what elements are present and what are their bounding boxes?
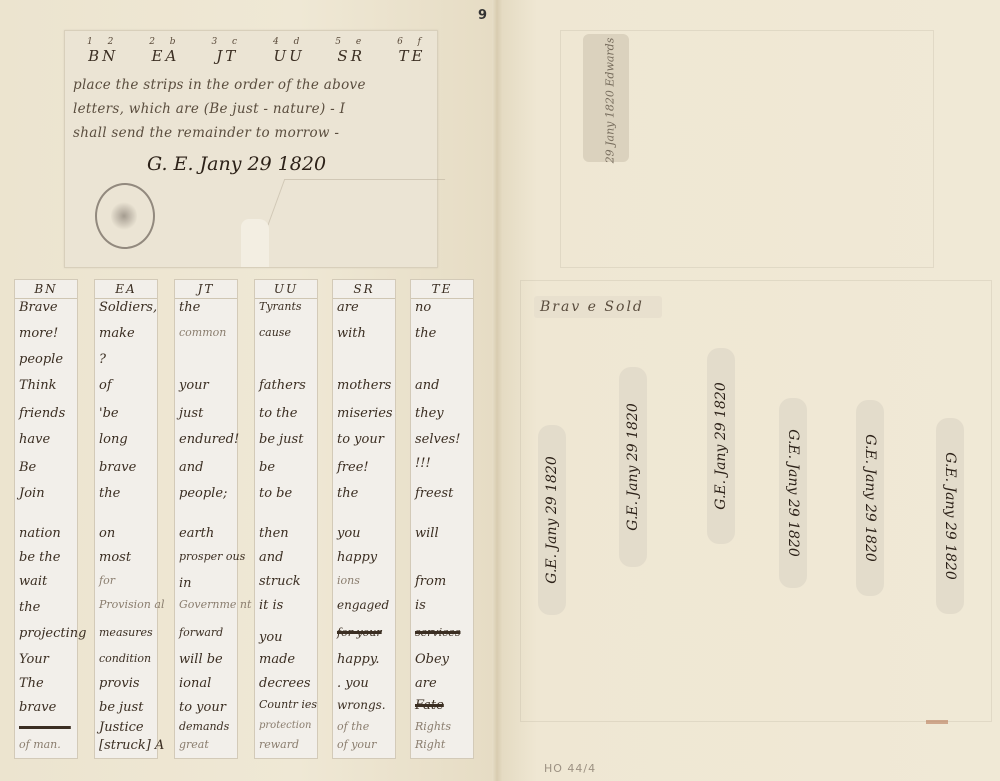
strip-word: of the bbox=[337, 720, 397, 733]
strip-word: more! bbox=[19, 326, 79, 341]
strip-word: most bbox=[99, 550, 159, 565]
strip-header: TE bbox=[411, 280, 473, 299]
strip-word: the bbox=[415, 326, 475, 341]
strip-header: SR bbox=[333, 280, 395, 299]
strip-word: no bbox=[415, 300, 475, 315]
strip-word: [struck] A bbox=[99, 738, 159, 753]
strip-word: to be bbox=[259, 486, 319, 501]
page-number: 9 bbox=[478, 8, 487, 23]
strip-word: of man. bbox=[19, 738, 79, 751]
date-strip-6: G.E. Jany 29 1820 bbox=[936, 418, 964, 614]
date-strip-2: G.E. Jany 29 1820 bbox=[619, 367, 647, 567]
book-gutter bbox=[492, 0, 502, 781]
strip-word: Countr ies bbox=[259, 698, 319, 711]
strip-word: your bbox=[179, 378, 239, 393]
strip-word-struck: Fate bbox=[415, 698, 475, 713]
strip-word: wait bbox=[19, 574, 79, 589]
strip-word: brave bbox=[99, 460, 159, 475]
strip-word: make bbox=[99, 326, 159, 341]
strip-header: UU bbox=[255, 280, 317, 299]
date-strip-3: G.E. Jany 29 1820 bbox=[707, 348, 735, 544]
strip-word: decrees bbox=[259, 676, 319, 691]
strip-word: you bbox=[259, 630, 319, 645]
strip-word: free! bbox=[337, 460, 397, 475]
strip-word: the bbox=[99, 486, 159, 501]
strip-word: to your bbox=[179, 700, 239, 715]
strip-word: reward bbox=[259, 738, 319, 751]
strip-word: be just bbox=[99, 700, 159, 715]
code-sr: 5 eSR bbox=[335, 37, 367, 65]
strip-word: and bbox=[415, 378, 475, 393]
strip-word: mothers bbox=[337, 378, 397, 393]
strip-word: then bbox=[259, 526, 319, 541]
strip-te: TE no the and they selves! !!! freest wi… bbox=[410, 279, 474, 759]
strip-word: of bbox=[99, 378, 159, 393]
date-strip-4: G.E. Jany 29 1820 bbox=[779, 398, 807, 588]
text-fragment: Brav e Sold bbox=[534, 296, 662, 318]
strip-word: protection bbox=[259, 720, 319, 731]
strip-word: Brave bbox=[19, 300, 79, 315]
strip-word: it is bbox=[259, 598, 319, 613]
strip-word: projecting bbox=[19, 626, 79, 641]
strip-word: Rights bbox=[415, 720, 475, 733]
ink-mark bbox=[926, 720, 948, 724]
strip-word: !!! bbox=[415, 456, 475, 471]
strip-word: 'be bbox=[99, 406, 159, 421]
strip-word: the bbox=[19, 600, 79, 615]
strip-word: people; bbox=[179, 486, 239, 501]
strip-word: are bbox=[415, 676, 475, 691]
strip-word: Justice bbox=[99, 720, 159, 735]
strip-word: Join bbox=[19, 486, 79, 501]
strip-uu: UU Tyrants cause fathers to the be just … bbox=[254, 279, 318, 759]
date-strip-1: G.E. Jany 29 1820 bbox=[538, 425, 566, 615]
strip-word: have bbox=[19, 432, 79, 447]
strip-word: will bbox=[415, 526, 475, 541]
strip-header: BN bbox=[15, 280, 77, 299]
code-ea: 2 bEA bbox=[149, 37, 181, 65]
strip-ea: EA Soldiers, make ? of 'be long brave th… bbox=[94, 279, 158, 759]
strip-word: ? bbox=[99, 352, 159, 367]
note-card: 1 2BN 2 bEA 3 cJT 4 dUU 5 eSR 6 fTE plac… bbox=[64, 30, 438, 268]
strip-word: common bbox=[179, 326, 239, 339]
strip-word-struck: services bbox=[415, 626, 475, 639]
strip-word: of your bbox=[337, 738, 397, 751]
signature: G. E. Jany 29 1820 bbox=[147, 153, 326, 175]
strip-word: fathers bbox=[259, 378, 319, 393]
strip-word: struck bbox=[259, 574, 319, 589]
strip-word: Think bbox=[19, 378, 79, 393]
strip-word: from bbox=[415, 574, 475, 589]
strip-sr: SR are with mothers miseries to your fre… bbox=[332, 279, 396, 759]
date-strip-5: G.E. Jany 29 1820 bbox=[856, 400, 884, 596]
note-line-2: letters, which are (Be just - nature) - … bbox=[73, 101, 345, 117]
code-uu: 4 dUU bbox=[273, 37, 305, 65]
strip-word: earth bbox=[179, 526, 239, 541]
strip-word: nation bbox=[19, 526, 79, 541]
strip-word: made bbox=[259, 652, 319, 667]
strip-word: forward bbox=[179, 626, 239, 639]
strip-word: great bbox=[179, 738, 239, 751]
strip-word: selves! bbox=[415, 432, 475, 447]
strip-header: EA bbox=[95, 280, 157, 299]
strip-word: happy. bbox=[337, 652, 397, 667]
strip-word: wrongs. bbox=[337, 698, 397, 712]
strip-word: they bbox=[415, 406, 475, 421]
strip-word: on bbox=[99, 526, 159, 541]
strip-word: freest bbox=[415, 486, 475, 501]
strip-word-struck: for your bbox=[337, 626, 397, 639]
strip-word: be bbox=[259, 460, 319, 475]
strip-word: cause bbox=[259, 326, 319, 339]
strip-word: ions bbox=[337, 574, 397, 587]
strip-word: ional bbox=[179, 676, 239, 691]
strip-word: and bbox=[259, 550, 319, 565]
strip-word: endured! bbox=[179, 432, 239, 447]
strip-word: to your bbox=[337, 432, 397, 447]
strip-word: demands bbox=[179, 720, 239, 733]
strip-word: Your bbox=[19, 652, 79, 667]
strip-word: for bbox=[99, 574, 159, 587]
strip-word: the bbox=[337, 486, 397, 501]
strip-word: Soldiers, bbox=[99, 300, 159, 315]
strip-word: brave bbox=[19, 700, 79, 715]
strip-word: you bbox=[337, 526, 397, 541]
catalog-number: HO 44/4 bbox=[544, 762, 596, 775]
strip-word: just bbox=[179, 406, 239, 421]
strip-word: Be bbox=[19, 460, 79, 475]
postal-stamp-icon bbox=[95, 183, 155, 249]
strip-word: The bbox=[19, 676, 79, 691]
strip-word: be the bbox=[19, 550, 79, 565]
strip-word: friends bbox=[19, 406, 79, 421]
strip-word: Tyrants bbox=[259, 300, 319, 313]
strip-word: people bbox=[19, 352, 79, 367]
strip-word: Obey bbox=[415, 652, 475, 667]
strip-word: is bbox=[415, 598, 475, 613]
strip-word: are bbox=[337, 300, 397, 315]
strip-word: prosper ous bbox=[179, 550, 239, 563]
note-line-1: place the strips in the order of the abo… bbox=[73, 77, 366, 93]
strip-word: engaged bbox=[337, 598, 397, 612]
strip-word: in bbox=[179, 576, 239, 591]
strip-word: . you bbox=[337, 676, 397, 691]
letter-codes: 1 2BN 2 bEA 3 cJT 4 dUU 5 eSR 6 fTE bbox=[87, 37, 427, 65]
note-line-3: shall send the remainder to morrow - bbox=[73, 125, 339, 141]
strip-header: JT bbox=[175, 280, 237, 299]
strip-word: measures bbox=[99, 626, 159, 639]
strip-word-struck: [struck] bbox=[19, 720, 79, 735]
paper-tear bbox=[241, 219, 269, 267]
strip-word: miseries bbox=[337, 406, 397, 421]
strip-bn: BN Brave more! people Think friends have… bbox=[14, 279, 78, 759]
strip-word: with bbox=[337, 326, 397, 341]
strip-word: be just bbox=[259, 432, 319, 447]
strip-word: will be bbox=[179, 652, 239, 667]
strip-word: happy bbox=[337, 550, 397, 565]
strip-jt: JT the common your just endured! and peo… bbox=[174, 279, 238, 759]
code-bn: 1 2BN bbox=[87, 37, 119, 65]
strip-word: Governme nt bbox=[179, 598, 239, 611]
code-te: 6 fTE bbox=[397, 37, 427, 65]
code-jt: 3 cJT bbox=[211, 37, 243, 65]
ghost-strips-outline bbox=[520, 280, 992, 722]
docket-label: 29 Jany 1820 Edwards bbox=[583, 34, 629, 162]
cipher-strips: BN Brave more! people Think friends have… bbox=[14, 279, 480, 761]
strip-word: long bbox=[99, 432, 159, 447]
strip-word: Provision al bbox=[99, 598, 159, 611]
strip-word: the bbox=[179, 300, 239, 315]
paper-crack bbox=[266, 179, 446, 230]
strip-word: provis bbox=[99, 676, 159, 691]
strip-word: condition bbox=[99, 652, 159, 665]
strip-word: and bbox=[179, 460, 239, 475]
strip-word: to the bbox=[259, 406, 319, 421]
strip-word: Right bbox=[415, 738, 475, 751]
